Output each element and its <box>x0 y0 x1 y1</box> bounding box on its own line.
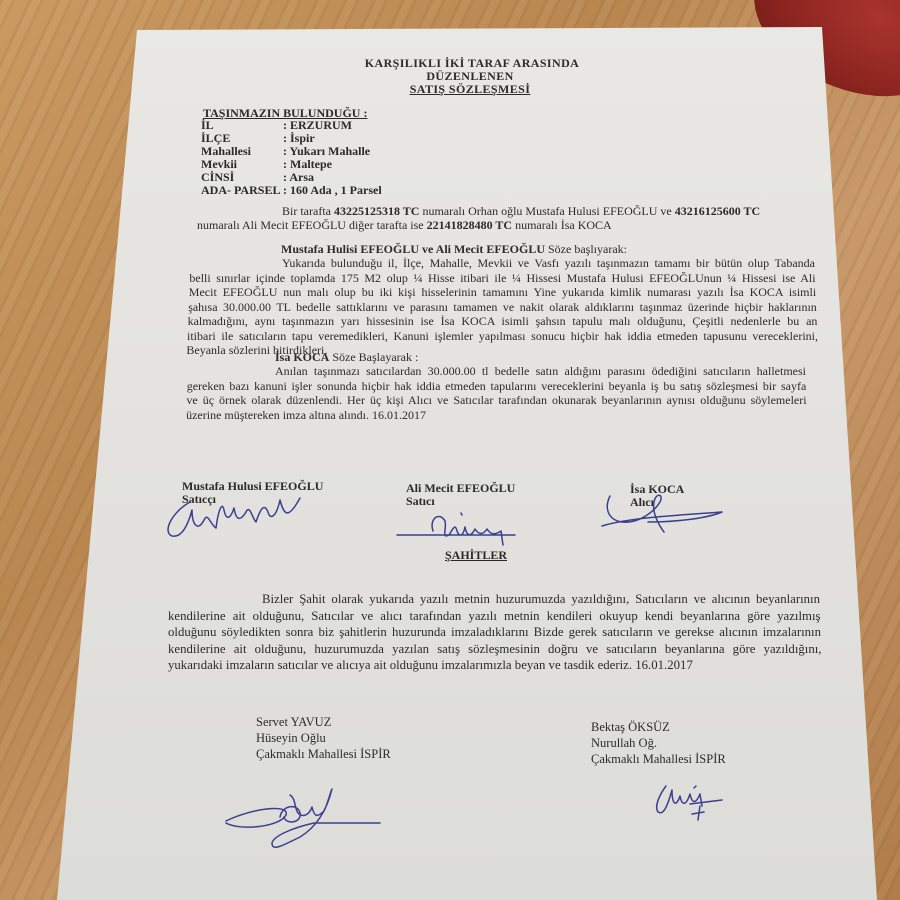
signature-ali <box>395 505 525 550</box>
parties-line-2: numaralı Ali Mecit EFEOĞLU diğer tarafta… <box>197 218 612 232</box>
sellers-statement-heading: Mustafa Hulisi EFEOĞLU ve Ali Mecit EFEO… <box>281 242 627 256</box>
contract-content: KARŞILIKLI İKİ TARAF ARASINDA DÜZENLENEN… <box>0 0 900 900</box>
buyer-statement-line: üzerine müştereken imza altına alındı. 1… <box>186 408 426 422</box>
witness-2-name: Bektaş ÖKSÜZ <box>591 720 670 734</box>
parties-line-1: Bir tarafta 43225125318 TC numaralı Orha… <box>282 204 760 218</box>
document-title: SATIŞ SÖZLEŞMESİ <box>410 82 531 96</box>
buyer-statement-heading: İsa KOCA Söze Başlayarak : <box>275 350 418 364</box>
witness-statement-line: olduğunu söyledikten sonra biz şahitleri… <box>168 625 821 639</box>
title-line-3: SATIŞ SÖZLEŞMESİ <box>320 82 620 96</box>
sellers-statement-line: itibari ile satıcıların tapu veremedikle… <box>187 329 818 343</box>
buyer-statement-line: ve üç örnek olarak düzenlendi. Her üç ki… <box>186 393 806 407</box>
buyer-statement-line: gereken bazı kanuni işler sonunda hiçbir… <box>187 379 807 393</box>
buyer-statement-line: Anılan taşınmazı satıcılardan 30.000.00 … <box>275 364 806 378</box>
witness-statement-line: yukarıdaki imzaların satıcılar ve alıcıy… <box>168 658 693 672</box>
witness-1-address: Çakmaklı Mahallesi İSPİR <box>256 747 391 761</box>
buyer-name: İsa KOCA <box>275 350 329 364</box>
witness-1-name: Servet YAVUZ <box>256 715 331 729</box>
signature-bektas <box>650 780 730 830</box>
sellers-statement-line: kalmadığını, aynı taşınmazın yarı hisses… <box>188 314 818 328</box>
title-line-1: KARŞILIKLI İKİ TARAF ARASINDA <box>322 56 622 70</box>
property-field-value: : 160 Ada , 1 Parsel <box>283 183 382 198</box>
signature-mustafa <box>160 490 320 545</box>
sellers-statement-line: Yukarıda bulunduğu il, İlçe, Mahalle, Me… <box>282 256 815 270</box>
heading-text: Söze Başlayarak : <box>329 350 418 364</box>
witnesses-heading: ŞAHİTLER <box>445 548 507 563</box>
parties-text: Bir tarafta <box>282 204 334 218</box>
heading-text: Söze başlıyarak: <box>545 242 627 256</box>
parties-text: numaralı İsa KOCA <box>512 218 612 232</box>
sellers-statement-line: Mecit EFEOĞLU nun malı olup bu iki kişi … <box>189 285 816 299</box>
property-field-label: ADA- PARSEL <box>201 183 280 198</box>
title-line-2: DÜZENLENEN <box>320 69 620 83</box>
witness-statement-line: Bizler Şahit olarak yukarıda yazılı metn… <box>262 592 820 606</box>
witness-2-address: Çakmaklı Mahallesi İSPİR <box>591 752 726 766</box>
sellers-statement-line: şahısa 30.000.00 TL bedelle sattıklarını… <box>188 300 817 314</box>
tc-number-3: 22141828480 TC <box>427 218 512 232</box>
signature-isa <box>598 488 728 538</box>
witness-statement-line: kendilerine ait olduğunu, Satıcılar ve a… <box>168 609 821 623</box>
witness-2-father: Nurullah Oğ. <box>591 736 657 750</box>
sellers-statement-line: belli sınırlar içinde toplamda 175 M2 ol… <box>189 271 815 285</box>
tc-number-1: 43225125318 TC <box>334 204 419 218</box>
parties-text: numaralı Orhan oğlu Mustafa Hulusi EFEOĞ… <box>419 204 674 218</box>
sellers-names: Mustafa Hulisi EFEOĞLU ve Ali Mecit EFEO… <box>281 242 545 256</box>
witness-1-father: Hüseyin Oğlu <box>256 731 326 745</box>
signature-servet <box>220 785 390 855</box>
witness-statement-line: kendilerine ait olduğunu, huzurumuzda ya… <box>168 642 822 656</box>
parties-text: numaralı Ali Mecit EFEOĞLU diğer tarafta… <box>197 218 427 232</box>
tc-number-2: 43216125600 TC <box>675 204 760 218</box>
